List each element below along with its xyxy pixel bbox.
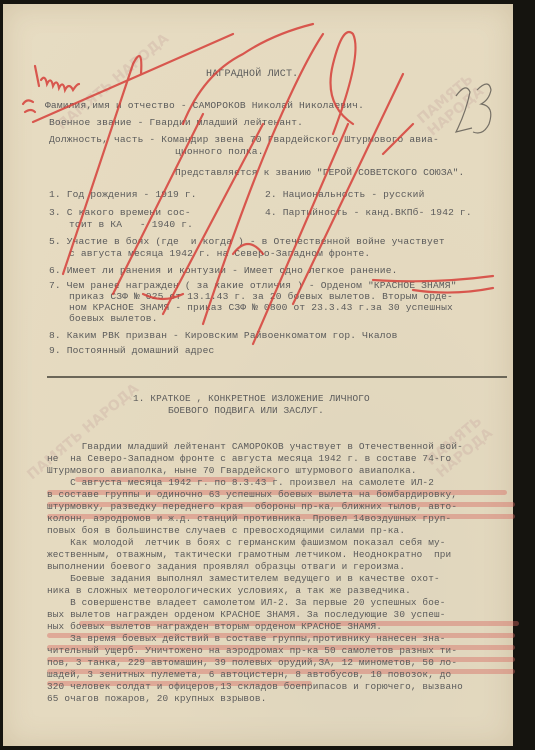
award-sheet-paper: ПАМЯТЬ НАРОДА ПАМЯТЬ НАРОДА ПАМЯТЬ НАРОД… <box>3 4 513 746</box>
handwritten-annotations <box>3 4 513 746</box>
margin-scribble-icon <box>35 66 79 90</box>
page-number-icon <box>456 84 491 133</box>
margin-number-icon <box>23 100 35 112</box>
